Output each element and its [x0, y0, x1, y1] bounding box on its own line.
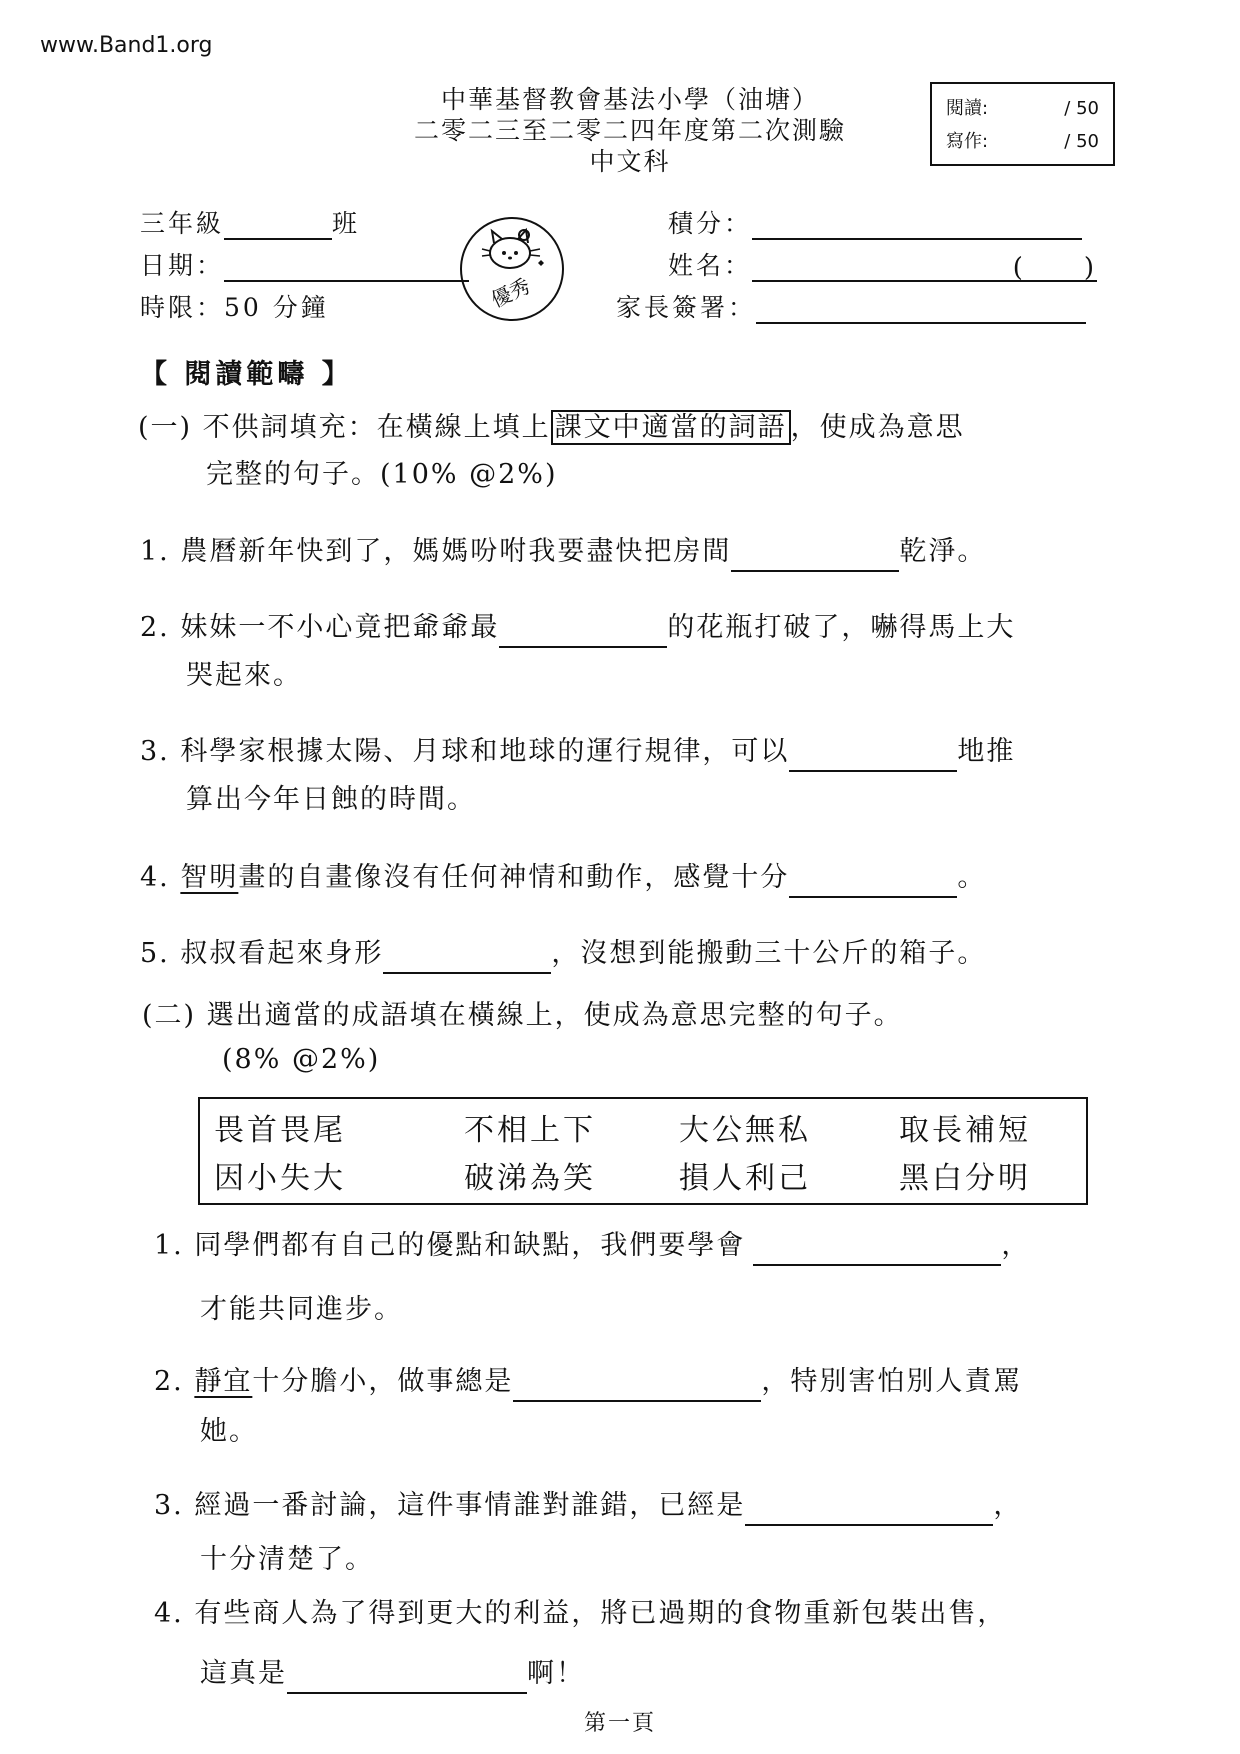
question-text: 畫的自畫像沒有任何神情和動作，感覺十分 [238, 862, 789, 893]
parent-sign-label: 家長簽署： [616, 293, 756, 322]
question-text: 科學家根據太陽、月球和地球的運行規律，可以 [180, 736, 789, 767]
question-text: 地推 [957, 736, 1015, 767]
score-row-reading: 閱讀: / 50 [946, 92, 1099, 125]
question-text: 乾淨。 [899, 536, 986, 567]
date-blank[interactable] [224, 254, 469, 282]
part2-question-1: 1. 同學們都有自己的優點和缺點，我們要學會， [154, 1226, 1030, 1266]
question-text: ， [993, 1490, 1022, 1521]
answer-blank[interactable] [383, 944, 551, 974]
question-number: 1. [140, 536, 170, 567]
part1-question-2: 2. 妹妹一不小心竟把爺爺最的花瓶打破了，嚇得馬上大 [140, 608, 1015, 648]
part2-question-2: 2. 靜宜十分膽小，做事總是，特別害怕別人責罵 [154, 1362, 1022, 1402]
part2-question-3: 3. 經過一番討論，這件事情誰對誰錯，已經是， [154, 1486, 1022, 1526]
question-text: 叔叔看起來身形 [180, 938, 383, 969]
instruction-text: 不供詞填充：在橫線上填上 [203, 412, 551, 443]
cat-icon [480, 227, 548, 277]
idiom-option: 黑白分明 [899, 1153, 1099, 1197]
part1-number: (一) [138, 412, 192, 443]
part2-question-4-line2: 這真是啊！ [200, 1654, 585, 1694]
idiom-option: 因小失大 [214, 1153, 464, 1197]
answer-blank[interactable] [753, 1236, 1001, 1266]
class-blank[interactable] [224, 212, 332, 240]
question-text: ，特別害怕別人責罵 [761, 1366, 1022, 1397]
page-number: 第一頁 [0, 1706, 1240, 1737]
answer-blank[interactable] [513, 1372, 761, 1402]
name-label: 姓名： [668, 251, 752, 280]
answer-blank[interactable] [789, 742, 957, 772]
name-field: 姓名：( ) [668, 246, 1097, 282]
watermark-link[interactable]: www.Band1.org [40, 33, 213, 58]
answer-blank[interactable] [731, 542, 899, 572]
part1-instruction-line2: 完整的句子。(10% @2%) [206, 455, 558, 495]
part2-question-4: 4. 有些商人為了得到更大的利益，將已過期的食物重新包裝出售， [154, 1594, 1006, 1634]
part2-instruction: (二) 選出適當的成語填在橫線上，使成為意思完整的句子。 [142, 996, 903, 1036]
idiom-option: 取長補短 [899, 1105, 1099, 1149]
question-text: 十分膽小，做事總是 [252, 1366, 513, 1397]
instruction-text: ，使成為意思 [791, 412, 965, 443]
question-text: 有些商人為了得到更大的利益，將已過期的食物重新包裝出售， [194, 1598, 1006, 1629]
answer-blank[interactable] [287, 1664, 527, 1694]
answer-blank[interactable] [499, 618, 667, 648]
parent-sign-field: 家長簽署： [616, 288, 1086, 324]
answer-blank[interactable] [789, 868, 957, 898]
score-field: 積分： [668, 204, 1082, 240]
idiom-option: 損人利己 [679, 1153, 899, 1197]
score-box: 閱讀: / 50 寫作: / 50 [930, 82, 1115, 166]
part1-question-5: 5. 叔叔看起來身形，沒想到能搬動三十公斤的箱子。 [140, 934, 986, 974]
score-blank[interactable] [752, 212, 1082, 240]
grade-field: 三年級班 [140, 204, 360, 240]
question-text: 妹妹一不小心竟把爺爺最 [180, 612, 499, 643]
part1-question-4: 4. 智明畫的自畫像沒有任何神情和動作，感覺十分。 [140, 858, 986, 898]
time-limit: 時限：50 分鐘 [140, 288, 329, 324]
score-field-label: 積分： [668, 209, 752, 238]
answer-blank[interactable] [745, 1496, 993, 1526]
exam-header: 中華基督教會基法小學（油塘） 二零二三至二零二四年度第二次測驗 中文科 [360, 84, 900, 177]
date-field: 日期： [140, 246, 469, 282]
question-text: 。 [957, 862, 986, 893]
proper-name: 智明 [180, 862, 238, 893]
idiom-word-bank: 畏首畏尾 不相上下 大公無私 取長補短 因小失大 破涕為笑 損人利己 黑白分明 [198, 1097, 1088, 1205]
score-row-writing: 寫作: / 50 [946, 125, 1099, 158]
date-label: 日期： [140, 251, 224, 280]
school-name: 中華基督教會基法小學（油塘） [360, 84, 900, 115]
exam-name: 二零二三至二零二四年度第二次測驗 [360, 115, 900, 146]
name-blank[interactable]: ( ) [752, 254, 1097, 282]
subject-name: 中文科 [360, 146, 900, 177]
part1-question-1: 1. 農曆新年快到了，媽媽吩咐我要盡快把房間乾淨。 [140, 532, 986, 572]
question-continuation: 十分清楚了。 [200, 1540, 374, 1580]
question-text: 農曆新年快到了，媽媽吩咐我要盡快把房間 [180, 536, 731, 567]
question-continuation: 算出今年日蝕的時間。 [186, 780, 476, 820]
question-text: 的花瓶打破了，嚇得馬上大 [667, 612, 1015, 643]
idiom-option: 破涕為笑 [464, 1153, 679, 1197]
class-suffix: 班 [332, 209, 360, 238]
question-number: 2. [140, 612, 170, 643]
question-continuation: 她。 [200, 1412, 258, 1452]
idiom-option: 畏首畏尾 [214, 1105, 464, 1149]
question-number: 3. [154, 1490, 184, 1521]
question-text: 經過一番討論，這件事情誰對誰錯，已經是 [194, 1490, 745, 1521]
part1-question-3: 3. 科學家根據太陽、月球和地球的運行規律，可以地推 [140, 732, 1015, 772]
boxed-instruction: 課文中適當的詞語 [551, 410, 791, 445]
class-number-paren[interactable]: ( ) [1013, 247, 1097, 284]
question-text: 同學們都有自己的優點和缺點，我們要學會 [194, 1230, 745, 1261]
hello-kitty-stamp-icon: 優秀 [460, 217, 564, 321]
parent-sign-blank[interactable] [756, 296, 1086, 324]
part2-number: (二) [142, 1000, 196, 1031]
question-text: 啊！ [527, 1658, 585, 1689]
question-number: 4. [140, 862, 170, 893]
question-number: 5. [140, 938, 170, 969]
grade-label: 三年級 [140, 209, 224, 238]
score-label: 寫作: [946, 125, 988, 158]
question-text: 這真是 [200, 1658, 287, 1689]
score-value: / 50 [1064, 92, 1099, 125]
idiom-option: 大公無私 [679, 1105, 899, 1149]
part1-instruction: (一) 不供詞填充：在橫線上填上課文中適當的詞語，使成為意思 [138, 408, 965, 448]
question-number: 4. [154, 1598, 184, 1629]
instruction-text: 選出適當的成語填在橫線上，使成為意思完整的句子。 [207, 1000, 903, 1031]
question-number: 2. [154, 1366, 184, 1397]
idiom-option: 不相上下 [464, 1105, 679, 1149]
score-label: 閱讀: [946, 92, 988, 125]
question-continuation: 才能共同進步。 [200, 1290, 403, 1330]
question-number: 3. [140, 736, 170, 767]
section-title: 【 閱讀範疇 】 [140, 352, 353, 391]
question-text: ，沒想到能搬動三十公斤的箱子。 [551, 938, 986, 969]
question-continuation: 哭起來。 [186, 656, 302, 696]
question-text: ， [1001, 1230, 1030, 1261]
question-number: 1. [154, 1230, 184, 1261]
part2-marks: (8% @2%) [222, 1040, 380, 1080]
score-value: / 50 [1064, 125, 1099, 158]
proper-name: 靜宜 [194, 1366, 252, 1397]
